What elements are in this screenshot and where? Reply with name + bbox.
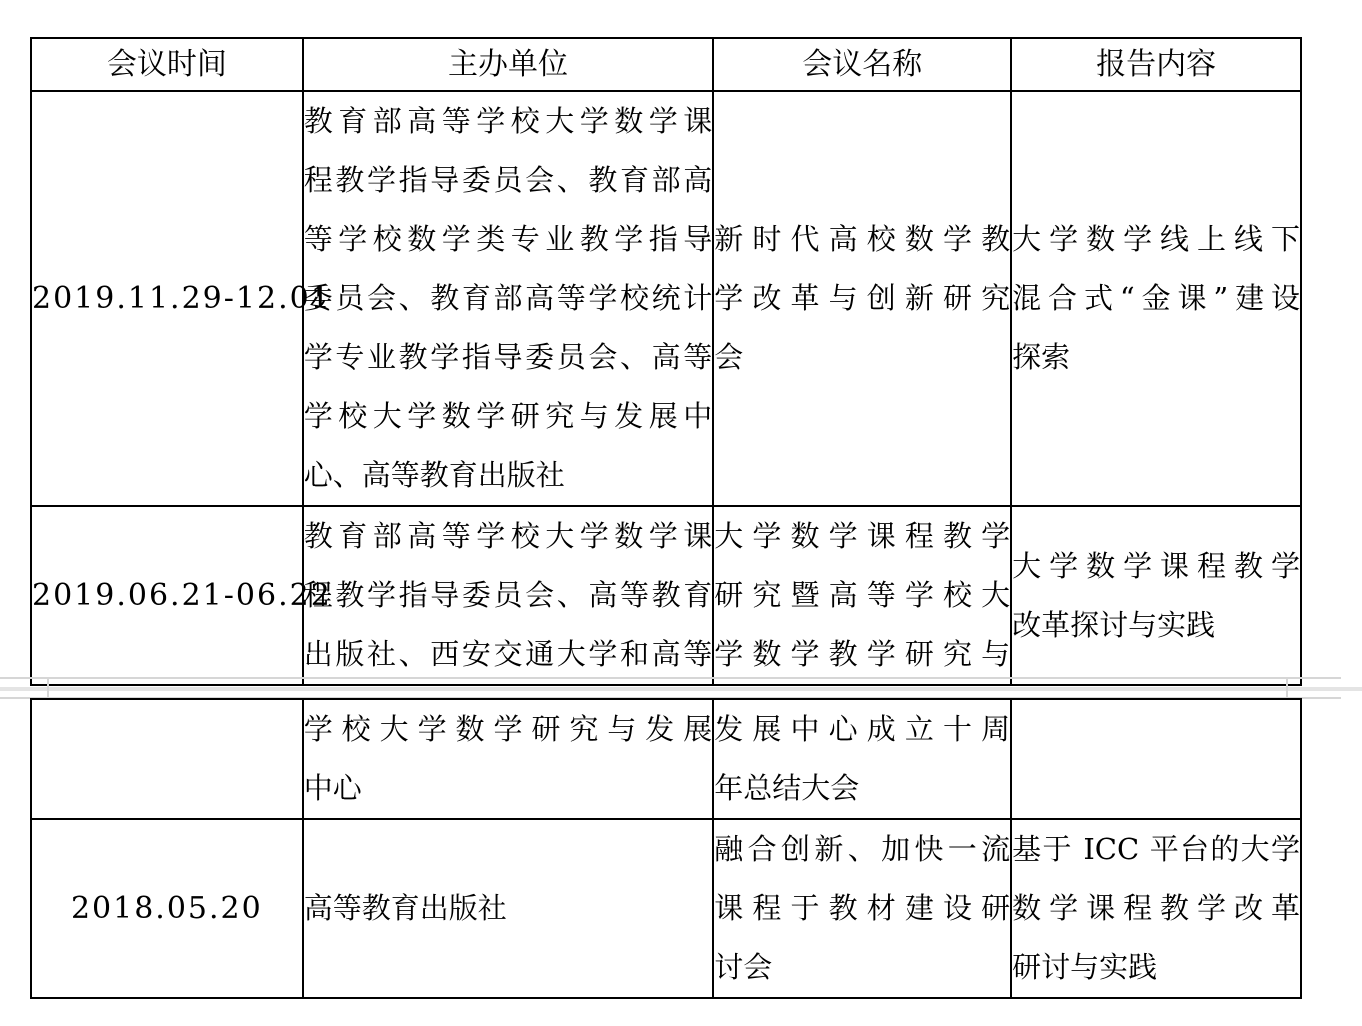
cell-line: 大学数学课程教学 — [714, 507, 1010, 566]
cell-line: 学专业教学指导委员会、高等 — [304, 328, 713, 387]
header-meeting-time: 会议时间 — [31, 38, 303, 91]
cell-meeting-time — [31, 699, 303, 819]
cell-line: 教育部高等学校大学数学课 — [304, 92, 713, 151]
cell-line: 发展中心成立十周 — [714, 700, 1010, 759]
table-header-row: 会议时间 主办单位 会议名称 报告内容 — [31, 38, 1301, 91]
cell-report-content: 基于 ICC 平台的大学数学课程教学改革研讨与实践 — [1011, 819, 1301, 998]
cell-meeting-time: 2018.05.20 — [31, 819, 303, 998]
cell-line: 中心 — [304, 759, 713, 818]
header-meeting-name: 会议名称 — [713, 38, 1011, 91]
cell-line: 学校大学数学研究与发展中 — [304, 387, 713, 446]
cell-host-unit: 教育部高等学校大学数学课程教学指导委员会、教育部高等学校数学类专业教学指导委员会… — [303, 91, 714, 506]
cell-report-content — [1011, 699, 1301, 819]
table-row: 2019.11.29-12.01 教育部高等学校大学数学课程教学指导委员会、教育… — [31, 91, 1301, 506]
cell-line: 数学课程教学改革 — [1012, 879, 1300, 938]
header-label: 会议时间 — [32, 39, 302, 90]
cell-host-unit: 学校大学数学研究与发展中心 — [303, 699, 714, 819]
cell-line: 教育部高等学校大学数学课 — [304, 507, 713, 566]
cell-line: 出版社、西安交通大学和高等 — [304, 625, 713, 684]
cell-meeting-name: 发展中心成立十周年总结大会 — [713, 699, 1011, 819]
cell-line: 程教学指导委员会、高等教育 — [304, 566, 713, 625]
cell-host-unit: 教育部高等学校大学数学课程教学指导委员会、高等教育出版社、西安交通大学和高等 — [303, 506, 714, 685]
page-break-margin-mark — [1286, 677, 1288, 699]
document-page: 会议时间 主办单位 会议名称 报告内容 2019.11.29-12.01 教育部… — [0, 0, 1362, 1026]
cell-line: 大学数学课程教学 — [1012, 537, 1300, 596]
cell-host-unit: 高等教育出版社 — [303, 819, 714, 998]
cell-line: 探索 — [1012, 328, 1300, 387]
cell-line: 程教学指导委员会、教育部高 — [304, 151, 713, 210]
cell-line: 基于 ICC 平台的大学 — [1012, 820, 1300, 879]
meeting-table-page-2: 学校大学数学研究与发展中心 发展中心成立十周年总结大会 2018.05.20 高… — [30, 698, 1302, 999]
cell-line: 委员会、教育部高等学校统计 — [304, 269, 713, 328]
cell-meeting-name: 大学数学课程教学研究暨高等学校大学数学教学研究与 — [713, 506, 1011, 685]
cell-meeting-name: 融合创新、加快一流课程于教材建设研讨会 — [713, 819, 1011, 998]
cell-line: 高等教育出版社 — [304, 879, 713, 938]
cell-line: 改革探讨与实践 — [1012, 596, 1300, 655]
meeting-time-value: 2018.05.20 — [32, 891, 302, 926]
header-label: 会议名称 — [714, 39, 1010, 90]
header-label: 报告内容 — [1012, 39, 1300, 90]
cell-meeting-name: 新时代高校数学教学改革与创新研究会 — [713, 91, 1011, 506]
meeting-time-value: 2019.11.29-12.01 — [32, 281, 302, 316]
table-row: 2018.05.20 高等教育出版社 融合创新、加快一流课程于教材建设研讨会 基… — [31, 819, 1301, 998]
table-row: 2019.06.21-06.22 教育部高等学校大学数学课程教学指导委员会、高等… — [31, 506, 1301, 685]
cell-meeting-time: 2019.06.21-06.22 — [31, 506, 303, 685]
page-break-margin-mark — [47, 677, 49, 699]
cell-report-content: 大学数学课程教学改革探讨与实践 — [1011, 506, 1301, 685]
cell-line: 大学数学线上线下 — [1012, 210, 1300, 269]
cell-line: 研究暨高等学校大 — [714, 566, 1010, 625]
cell-report-content: 大学数学线上线下混合式“金课”建设探索 — [1011, 91, 1301, 506]
cell-line: 融合创新、加快一流 — [714, 820, 1010, 879]
cell-line: 新时代高校数学教 — [714, 210, 1010, 269]
page-break-line — [0, 677, 1341, 679]
cell-line: 混合式“金课”建设 — [1012, 269, 1300, 328]
header-label: 主办单位 — [304, 39, 713, 90]
cell-meeting-time: 2019.11.29-12.01 — [31, 91, 303, 506]
cell-line: 等学校数学类专业教学指导 — [304, 210, 713, 269]
cell-line: 年总结大会 — [714, 759, 1010, 818]
cell-line: 研讨与实践 — [1012, 938, 1300, 997]
cell-line: 会 — [714, 328, 1010, 387]
cell-line: 心、高等教育出版社 — [304, 446, 713, 505]
cell-line: 讨会 — [714, 938, 1010, 997]
cell-line: 学数学教学研究与 — [714, 625, 1010, 684]
meeting-table-page-1: 会议时间 主办单位 会议名称 报告内容 2019.11.29-12.01 教育部… — [30, 37, 1302, 686]
header-report-content: 报告内容 — [1011, 38, 1301, 91]
table-row-continuation: 学校大学数学研究与发展中心 发展中心成立十周年总结大会 — [31, 699, 1301, 819]
cell-line: 学校大学数学研究与发展 — [304, 700, 713, 759]
meeting-time-value: 2019.06.21-06.22 — [32, 578, 302, 613]
header-host-unit: 主办单位 — [303, 38, 714, 91]
cell-line: 课程于教材建设研 — [714, 879, 1010, 938]
cell-line: 学改革与创新研究 — [714, 269, 1010, 328]
page-break-line — [0, 687, 1362, 691]
